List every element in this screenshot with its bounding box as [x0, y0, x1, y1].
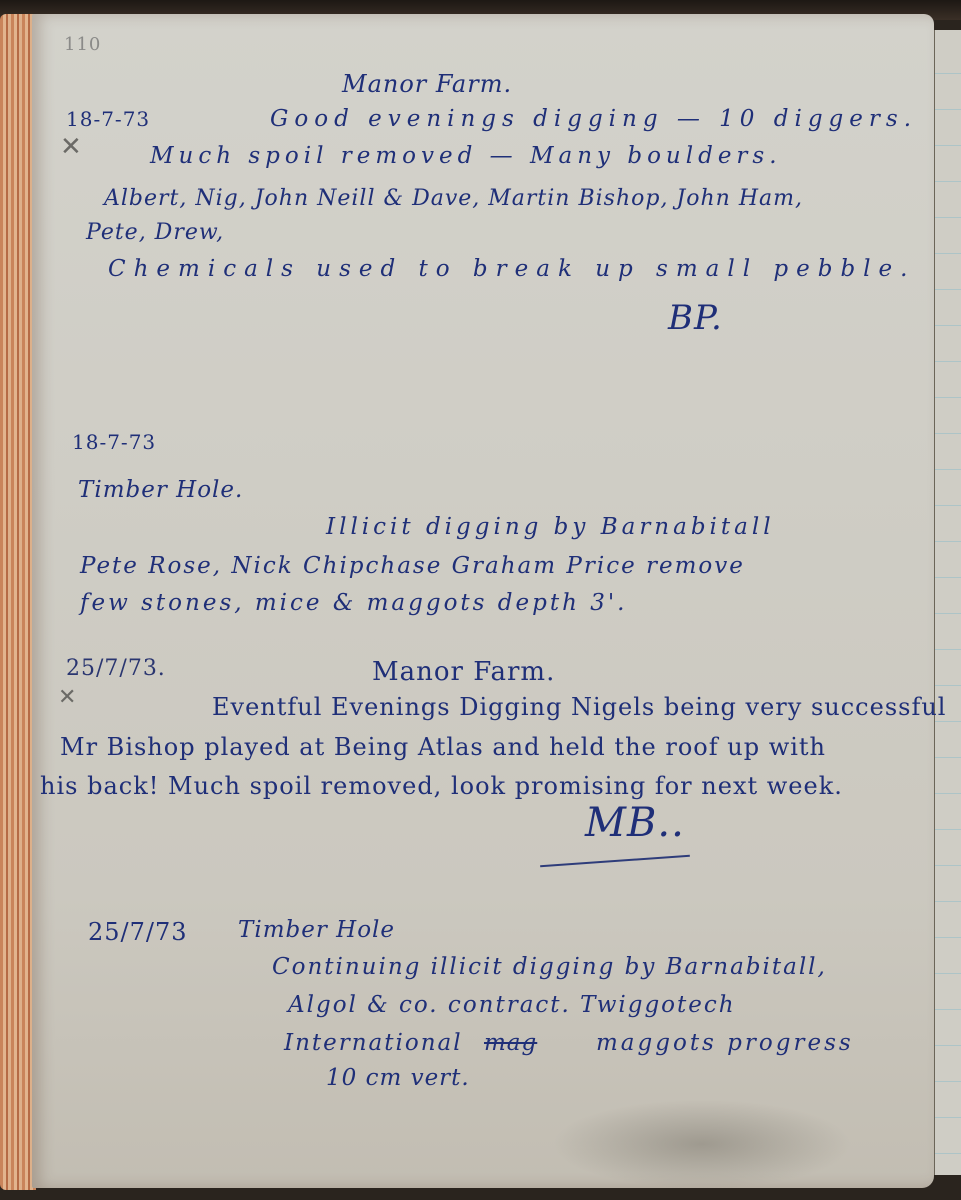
page-edges	[0, 14, 36, 1190]
entry-2-line-3: few stones, mice & maggots depth 3'.	[80, 590, 627, 616]
entry-1-site: Manor Farm.	[342, 70, 512, 98]
entry-4-struck-word: mag	[484, 1030, 537, 1056]
entry-1-signature: BP.	[668, 298, 723, 338]
entry-2-site: Timber Hole.	[78, 477, 243, 503]
entry-3-cross-mark: ✕	[58, 685, 76, 710]
entry-4-line-1: Continuing illicit digging by Barnabital…	[272, 954, 827, 980]
entry-1-line-2: Much spoil removed — Many boulders.	[150, 143, 782, 169]
entry-3-line-1: Eventful Evenings Digging Nigels being v…	[212, 693, 946, 721]
entry-4-line-4: maggots progress	[596, 1030, 854, 1056]
entry-2-line-2: Pete Rose, Nick Chipchase Graham Price r…	[80, 553, 745, 579]
water-stain	[552, 1099, 852, 1189]
entry-1-line-3: Albert, Nig, John Neill & Dave, Martin B…	[104, 186, 803, 211]
entry-1-line-5: Chemicals used to break up small pebble.	[108, 256, 915, 282]
entry-4-site: Timber Hole	[238, 917, 395, 943]
entry-1-cross-mark: ✕	[60, 132, 82, 162]
entry-1-line-4: Pete, Drew,	[86, 220, 224, 245]
entry-3-date: 25/7/73.	[66, 656, 166, 681]
entry-4-line-2: Algol & co. contract. Twiggotech	[288, 992, 736, 1018]
entry-1-line-1: Good evenings digging — 10 diggers.	[270, 106, 917, 132]
page-number: 110	[64, 34, 101, 55]
entry-3-line-2: Mr Bishop played at Being Atlas and held…	[60, 733, 826, 761]
next-page-edge	[934, 30, 961, 1175]
entry-2-date: 18-7-73	[72, 430, 156, 454]
entry-2-line-1: Illicit digging by Barnabitall	[326, 514, 775, 540]
entry-3-site: Manor Farm.	[372, 657, 555, 687]
entry-4-date: 25/7/73	[88, 918, 188, 946]
entry-1-date: 18-7-73	[66, 107, 150, 131]
entry-4-line-3: International	[284, 1030, 463, 1056]
entry-4-line-5: 10 cm vert.	[326, 1065, 470, 1091]
entry-3-line-3: his back! Much spoil removed, look promi…	[40, 772, 843, 800]
entry-3-signature: MB..	[585, 800, 685, 846]
